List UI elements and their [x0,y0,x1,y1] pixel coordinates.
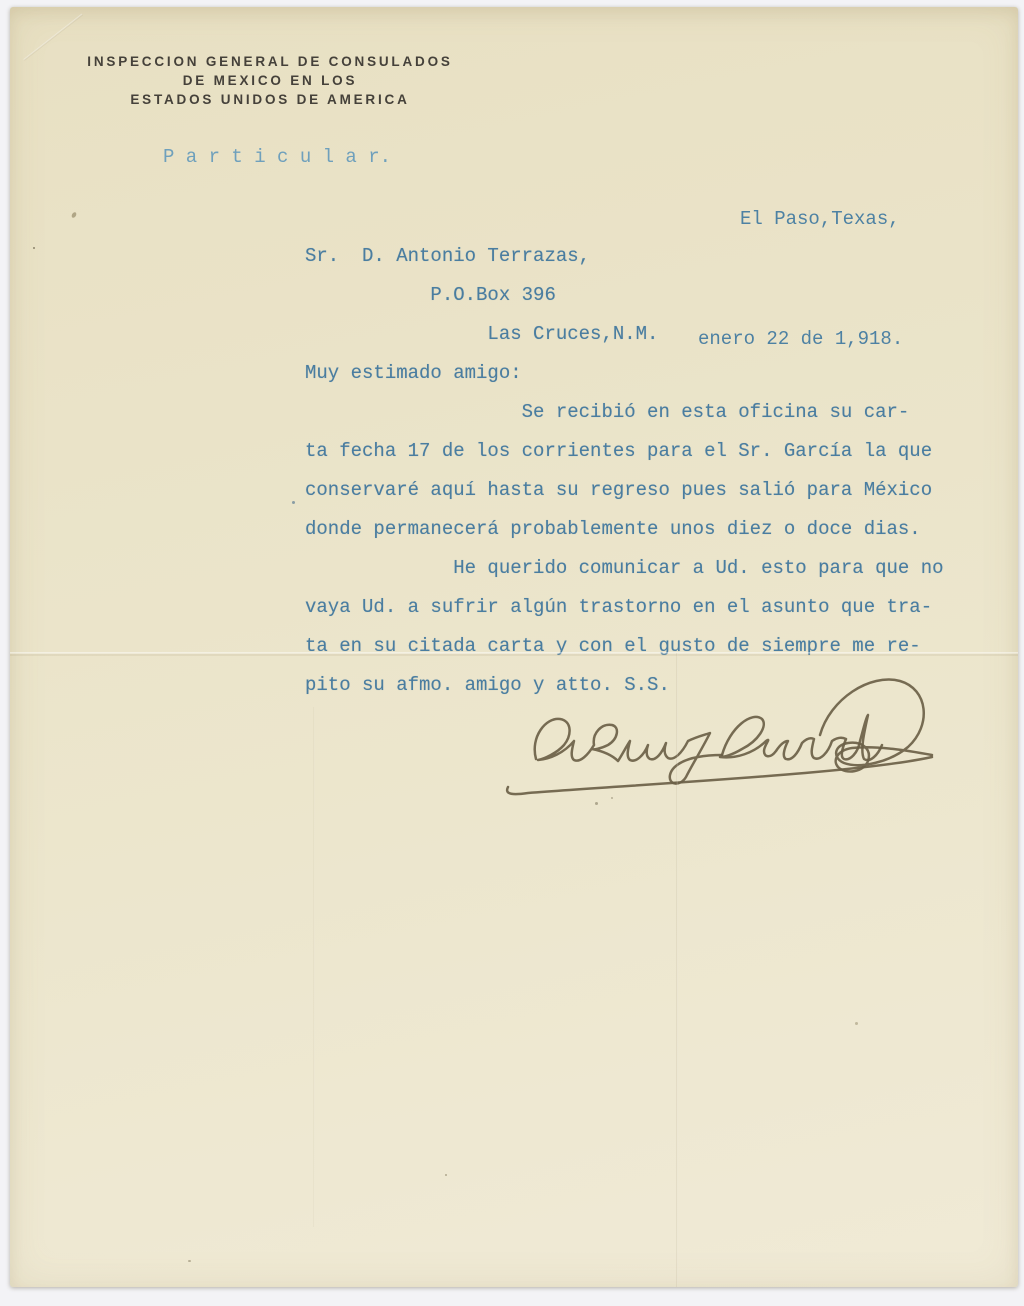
fold-crease-vertical-right [676,653,678,1287]
signature [480,665,960,815]
letter-line: He querido comunicar a Ud. esto para que… [305,549,995,588]
paper-speck [445,1174,447,1176]
letter-paper: INSPECCION GENERAL DE CONSULADOS DE MEXI… [10,7,1018,1287]
dateline-place: El Paso,Texas, [698,199,958,239]
letter-line: ta fecha 17 de los corrientes para el Sr… [305,432,995,471]
letterhead-line-1: INSPECCION GENERAL DE CONSULADOS [50,52,490,71]
letter-line: conservaré aquí hasta su regreso pues sa… [305,471,995,510]
letter-line: vaya Ud. a sufrir algún trastorno en el … [305,588,995,627]
letter-line: P.O.Box 396 [305,276,995,315]
ink-speck [292,501,295,504]
scan-background: INSPECCION GENERAL DE CONSULADOS DE MEXI… [0,0,1024,1306]
classification-label: P a r t i c u l a r. [163,146,391,168]
letter-line: Sr. D. Antonio Terrazas, [305,237,995,276]
fold-crease-vertical-left [313,707,315,1227]
letterhead: INSPECCION GENERAL DE CONSULADOS DE MEXI… [50,52,490,109]
paper-speck [611,797,613,799]
paper-speck [33,247,35,249]
paper-speck [71,211,77,218]
letter-line: Se recibió en esta oficina su car- [305,393,995,432]
letterhead-line-3: ESTADOS UNIDOS DE AMERICA [50,90,490,109]
letterhead-line-2: DE MEXICO EN LOS [50,71,490,90]
paper-speck [188,1260,191,1262]
letter-body: Sr. D. Antonio Terrazas, P.O.Box 396 Las… [305,237,995,705]
letter-line: ta en su citada carta y con el gusto de … [305,627,995,666]
letter-line: Las Cruces,N.M. [305,315,995,354]
letter-line: donde permanecerá probablemente unos die… [305,510,995,549]
fold-crease-horizontal [10,652,1018,656]
letter-line: Muy estimado amigo: [305,354,995,393]
paper-speck [855,1022,858,1025]
paper-speck [595,802,598,805]
